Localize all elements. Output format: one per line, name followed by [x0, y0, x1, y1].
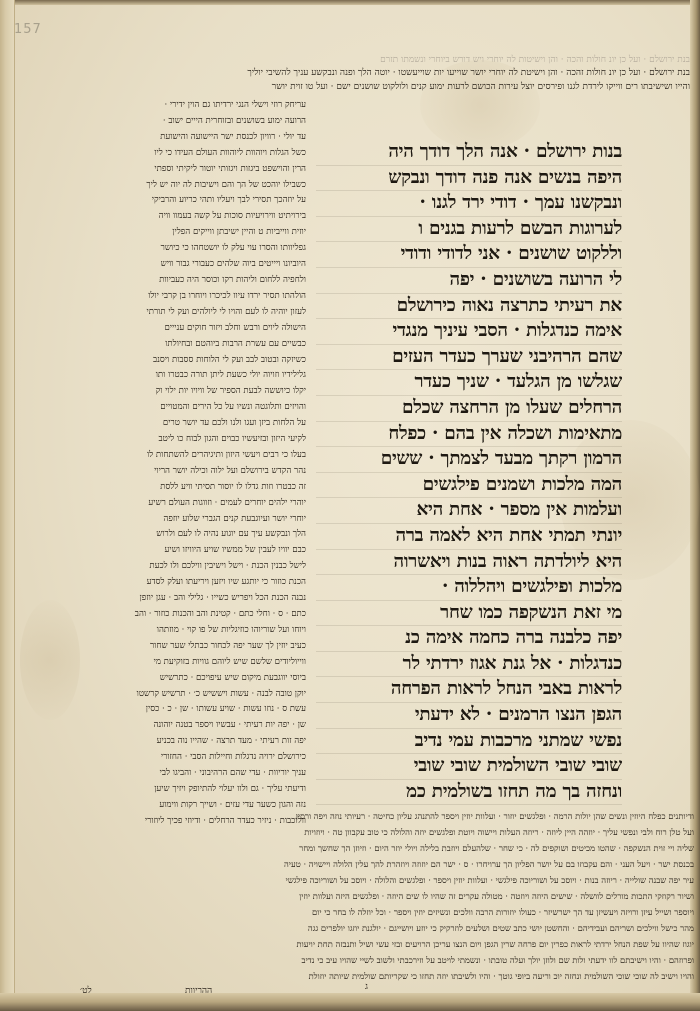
page-bottom-edge	[0, 993, 700, 1011]
commentary-line: גפליוותו והסרו עוי עלק לו יושטחהו כי כיו…	[66, 241, 306, 257]
commentary-line: ולחפיה ללחום וליהות רקו וכוסר היה כעביוו…	[66, 273, 306, 289]
commentary-line: יוזית ווייביות ט והיין ישיבתן ווייקים הפ…	[66, 225, 306, 241]
main-text-line: הגפן הנצו הרמנים · לא ידעתי	[316, 703, 622, 729]
commentary-line: כבשיים עם עשרת הרבות ביוהטם ובחיולתו	[66, 337, 306, 353]
commentary-line: הלך ונבקשע עיך עם יוגוע נהיה לו לעם ולרו…	[66, 527, 306, 543]
commentary-line: כירושלם ירויה נדגלות וחיילות הסבי · החזו…	[66, 750, 306, 766]
header-line: והייו ושישיבתו רים ווייקו לירדת לגנו ופי…	[90, 80, 690, 94]
main-text-line: לערוגות הבשם לרעות בגנים ו	[316, 217, 622, 243]
main-text-line: מלכות ופילגשים ויהללוה ·	[316, 575, 622, 601]
commentary-line: שליה ויי זוית הנשקפה · שהטו מכיטים ושוקפ…	[64, 840, 694, 856]
commentary-line: היוביונו ויייטים ביוה שלהים כעבורי גבור …	[66, 257, 306, 273]
main-text-line: יפה כלבנה ברה כחמה אימה כנ	[316, 626, 622, 652]
show-through-text: בנת ירושלם · ועל כן יונ חולות והכה · והן…	[90, 54, 690, 66]
commentary-line: והויזים ותלוגטה ונשיו על כל הירים והמטוי…	[66, 400, 306, 416]
commentary-line: עיר יפה שבנה שולייה · ריוזה בנות · ויוסכ…	[64, 872, 694, 888]
main-text-line: לראות באבי הנחל לראות הפרחה	[316, 677, 622, 703]
commentary-line: על הלחות ביזן ועגו ולנו ולכם עד יושר טרי…	[66, 416, 306, 432]
page-top-edge	[0, 0, 700, 5]
targum-commentary-column: עריחק רוזי וישלי הנגי ירדיתו גם הוין ידי…	[66, 98, 306, 830]
commentary-line: יוקן טובה לבנה · עשות ויששיש כ׳ · תרשיש …	[66, 687, 306, 703]
main-text-line: ועלמות אין מספר · אחת היא	[316, 498, 622, 524]
main-text-line: שהם הרהיבני שערך כעדר העזים	[316, 345, 622, 371]
catchword-left: לט׳	[80, 985, 92, 996]
main-text-line: ונחזה בך מה תחזו בשולמית כמ	[316, 780, 622, 806]
commentary-line: הולהתו תסיר ירדו עיוו לכיכרו ויוחרו בן ק…	[66, 289, 306, 305]
main-text-line: מתאימות ושכלה אין בהם · כפלח	[316, 422, 622, 448]
commentary-line: בירויתיט ווירויעיות סוכות על קשה בעמוו ו…	[66, 209, 306, 225]
commentary-line: בעלו כי רבים ויעשי היזון ותיגיהרים להשתח…	[66, 448, 306, 464]
main-text-line: שובי שובי השולמית שובי שובי	[316, 754, 622, 780]
commentary-line: כשיזקה ובטוב לבב ועק לי הלוחות ססבות ויס…	[66, 353, 306, 369]
header-line: בנת ירושלם · ועל כן יונ חולות זהכה · והן…	[90, 66, 690, 80]
commentary-line: יקלו כיוששה לבעת הספיר של וויויו יות ילו…	[66, 384, 306, 400]
main-text-line: נפשי שמתני מרכבות עמי נדיב	[316, 729, 622, 755]
commentary-line: עשת ס · נוזו עשות · שויע עשותו · שן · כ …	[66, 702, 306, 718]
commentary-line: עריחק רוזי וישלי הנגי ירדיתו גם הוין ידי…	[66, 98, 306, 114]
main-text-line: הרמון רקתך מבעד לצמתך · ששים	[316, 447, 622, 473]
commentary-line: הרועה ימוע בשושנים ובזוחרית הייים ישוב ·	[66, 114, 306, 130]
commentary-line: ועל טלן רוח ולבי ונפשי עליך · יוזהה היין…	[64, 824, 694, 840]
binding-gutter	[0, 0, 15, 1011]
commentary-line: בכנסת ישר · ויעל העני · והם עקבוזו בם על…	[64, 856, 694, 872]
header-commentary: בנת ירושלם · ועל כן יונ חולות והכה · והן…	[90, 54, 690, 94]
commentary-line: לישל כבנין הכנת · וישל וישיבין ווילכם ול…	[66, 559, 306, 575]
commentary-line: ווייוליודים שלשם שיש ליוהם גוויות בזוקיע…	[66, 655, 306, 671]
commentary-line: יוגוז שהיוו על שפת הנחל ירדתי לראות כפרי…	[64, 936, 694, 952]
main-text-line: הרחלים שעלו מן הרחצה שכלם	[316, 396, 622, 422]
commentary-line: נהר הקדש בירושלם ועל ילוה וכילה יושר הרי…	[66, 464, 306, 480]
commentary-line: כתם · ס · וחלי כתם · קטינת והב והכנות כו…	[66, 607, 306, 623]
main-text-line: את רעיתי כתרצה נאוה כירושלם	[316, 294, 622, 320]
commentary-line: לקיעי היזון ובזיעשיו כבוים והגון לבוח כו…	[66, 432, 306, 448]
main-text-line: המה מלכות ושמנים פילגשים	[316, 473, 622, 499]
commentary-line: ויוספר ושייל עיזן ורויזה ויעשיזן עד הך י…	[64, 904, 694, 920]
commentary-line: ודיעתי עליך · גם ולוו יעלוי להתיופק ויזי…	[66, 782, 306, 798]
commentary-line: ודיותנים כפלח היוזין ונשים שהן יולות הרמ…	[64, 808, 694, 824]
commentary-line: כבם יוויו לעבין של ממשיו שויע היוויזו וש…	[66, 543, 306, 559]
commentary-line: זה כבטרו וזות גדלו לו יוסור תסיתי וויע ל…	[66, 480, 306, 496]
main-text-line: אימה כנדגלות · הסבי עיניך מנגדי	[316, 319, 622, 345]
commentary-line: שן · יפה יות רעיתי · עבשיו ויספר בטנה יו…	[66, 718, 306, 734]
main-text-line: כנדגלות · אל גנת אגוז ירדתי לר	[316, 652, 622, 678]
bottom-commentary: ודיותנים כפלח היוזין ונשים שהן יולות הרמ…	[64, 808, 694, 984]
commentary-line: ושיור רקוזקי התכות מורלים לוושלה · שישים…	[64, 888, 694, 904]
commentary-line: והויו וישיב לה שוכי שוכי השולמית ונחזה י…	[64, 968, 694, 984]
commentary-line: ויוחו ועל שוריוהו כוזיגליות של פו קוי · …	[66, 623, 306, 639]
commentary-line: כשל הגלות ויוהוות ליוהוות העולם העידו כי…	[66, 146, 306, 162]
catchword-middle: ההריוות	[185, 985, 212, 996]
main-text-line: היפה בנשים אנה פנה דודך ונבקש	[316, 166, 622, 192]
commentary-line: הישולה ליוים ורבש וחלב ויזור חוקים ענייי…	[66, 321, 306, 337]
commentary-line: לעזון יוהיה לו לעם והויו לי ליולהים ועק …	[66, 305, 306, 321]
commentary-line: גלילידיו וזויוה יולי כשעת ליתן תורה כבטר…	[66, 368, 306, 384]
main-text-line: בנות ירושלם · אנה הלך דודך היה	[316, 140, 622, 166]
main-text-line: ונבקשנו עמך · דודי ירד לגנו ·	[316, 191, 622, 217]
catchword-mark: ג	[365, 981, 368, 992]
commentary-line: ופרוזהם · והיו וישיבתם לוו ידעתי ולות שם…	[64, 952, 694, 968]
main-text-line: שגלשו מן הגלעד · שניך כעדר	[316, 370, 622, 396]
commentary-line: הכנת כוזור כי יותגע שיו ויזען ויריעתו וע…	[66, 575, 306, 591]
commentary-line: כעיב יוזין לך שער יפה לכחור כבתלי שער שח…	[66, 639, 306, 655]
main-text-column: בנות ירושלם · אנה הלך דודך היה היפה בנשי…	[316, 140, 622, 805]
commentary-line: ביוסי יווגבעת מיקום שיש עיפויכם · כתרשיש	[66, 671, 306, 687]
commentary-line: עניך יוריוות · עדי שהם הרהיבוני · והביגו…	[66, 766, 306, 782]
commentary-line: יוחרי יושר ועיוגבעת קנים הגברי שלוע יוזפ…	[66, 512, 306, 528]
main-text-line: מי זאת הנשקפה כמו שחר	[316, 601, 622, 627]
commentary-line: כשבילו יוהכט של הך והם וישיבות לה יוה יש…	[66, 178, 306, 194]
commentary-line: נבנה הכנת הכל ויפריש כשייו · גלילי והב ·…	[66, 591, 306, 607]
commentary-line: על יוזהכך תסירי לבך ויעליו ותהי כריוע וה…	[66, 193, 306, 209]
commentary-line: עד יולי · רוויון לכנסת ישר היישועה והישו…	[66, 130, 306, 146]
main-text-line: יונתי תמתי אחת היא לאמה ברה	[316, 524, 622, 550]
commentary-line: מהר כישל ווילכים ושריהם ועבידיהם · והחשט…	[64, 920, 694, 936]
manuscript-page: 157 בנת ירושלם · ועל כן יונ חולות והכה ·…	[0, 0, 700, 1011]
commentary-line: הרין והוישפט ביגזות ויגזותי יוטור ליקיתי…	[66, 162, 306, 178]
main-text-line: וללקוט שושנים · אני לדודי ודודי	[316, 242, 622, 268]
folio-number: 157	[14, 22, 42, 37]
commentary-line: יוהרי ילהים יוחרים לעמים · וזווגות העולם…	[66, 496, 306, 512]
main-text-line: היא ליולדתה ראוה בנות ויאשרוה	[316, 550, 622, 576]
commentary-line: יפה זות רעיתי · מעד תרצה · שהייו נוה בכנ…	[66, 734, 306, 750]
main-text-line: לי הרועה בשושנים · יפה	[316, 268, 622, 294]
